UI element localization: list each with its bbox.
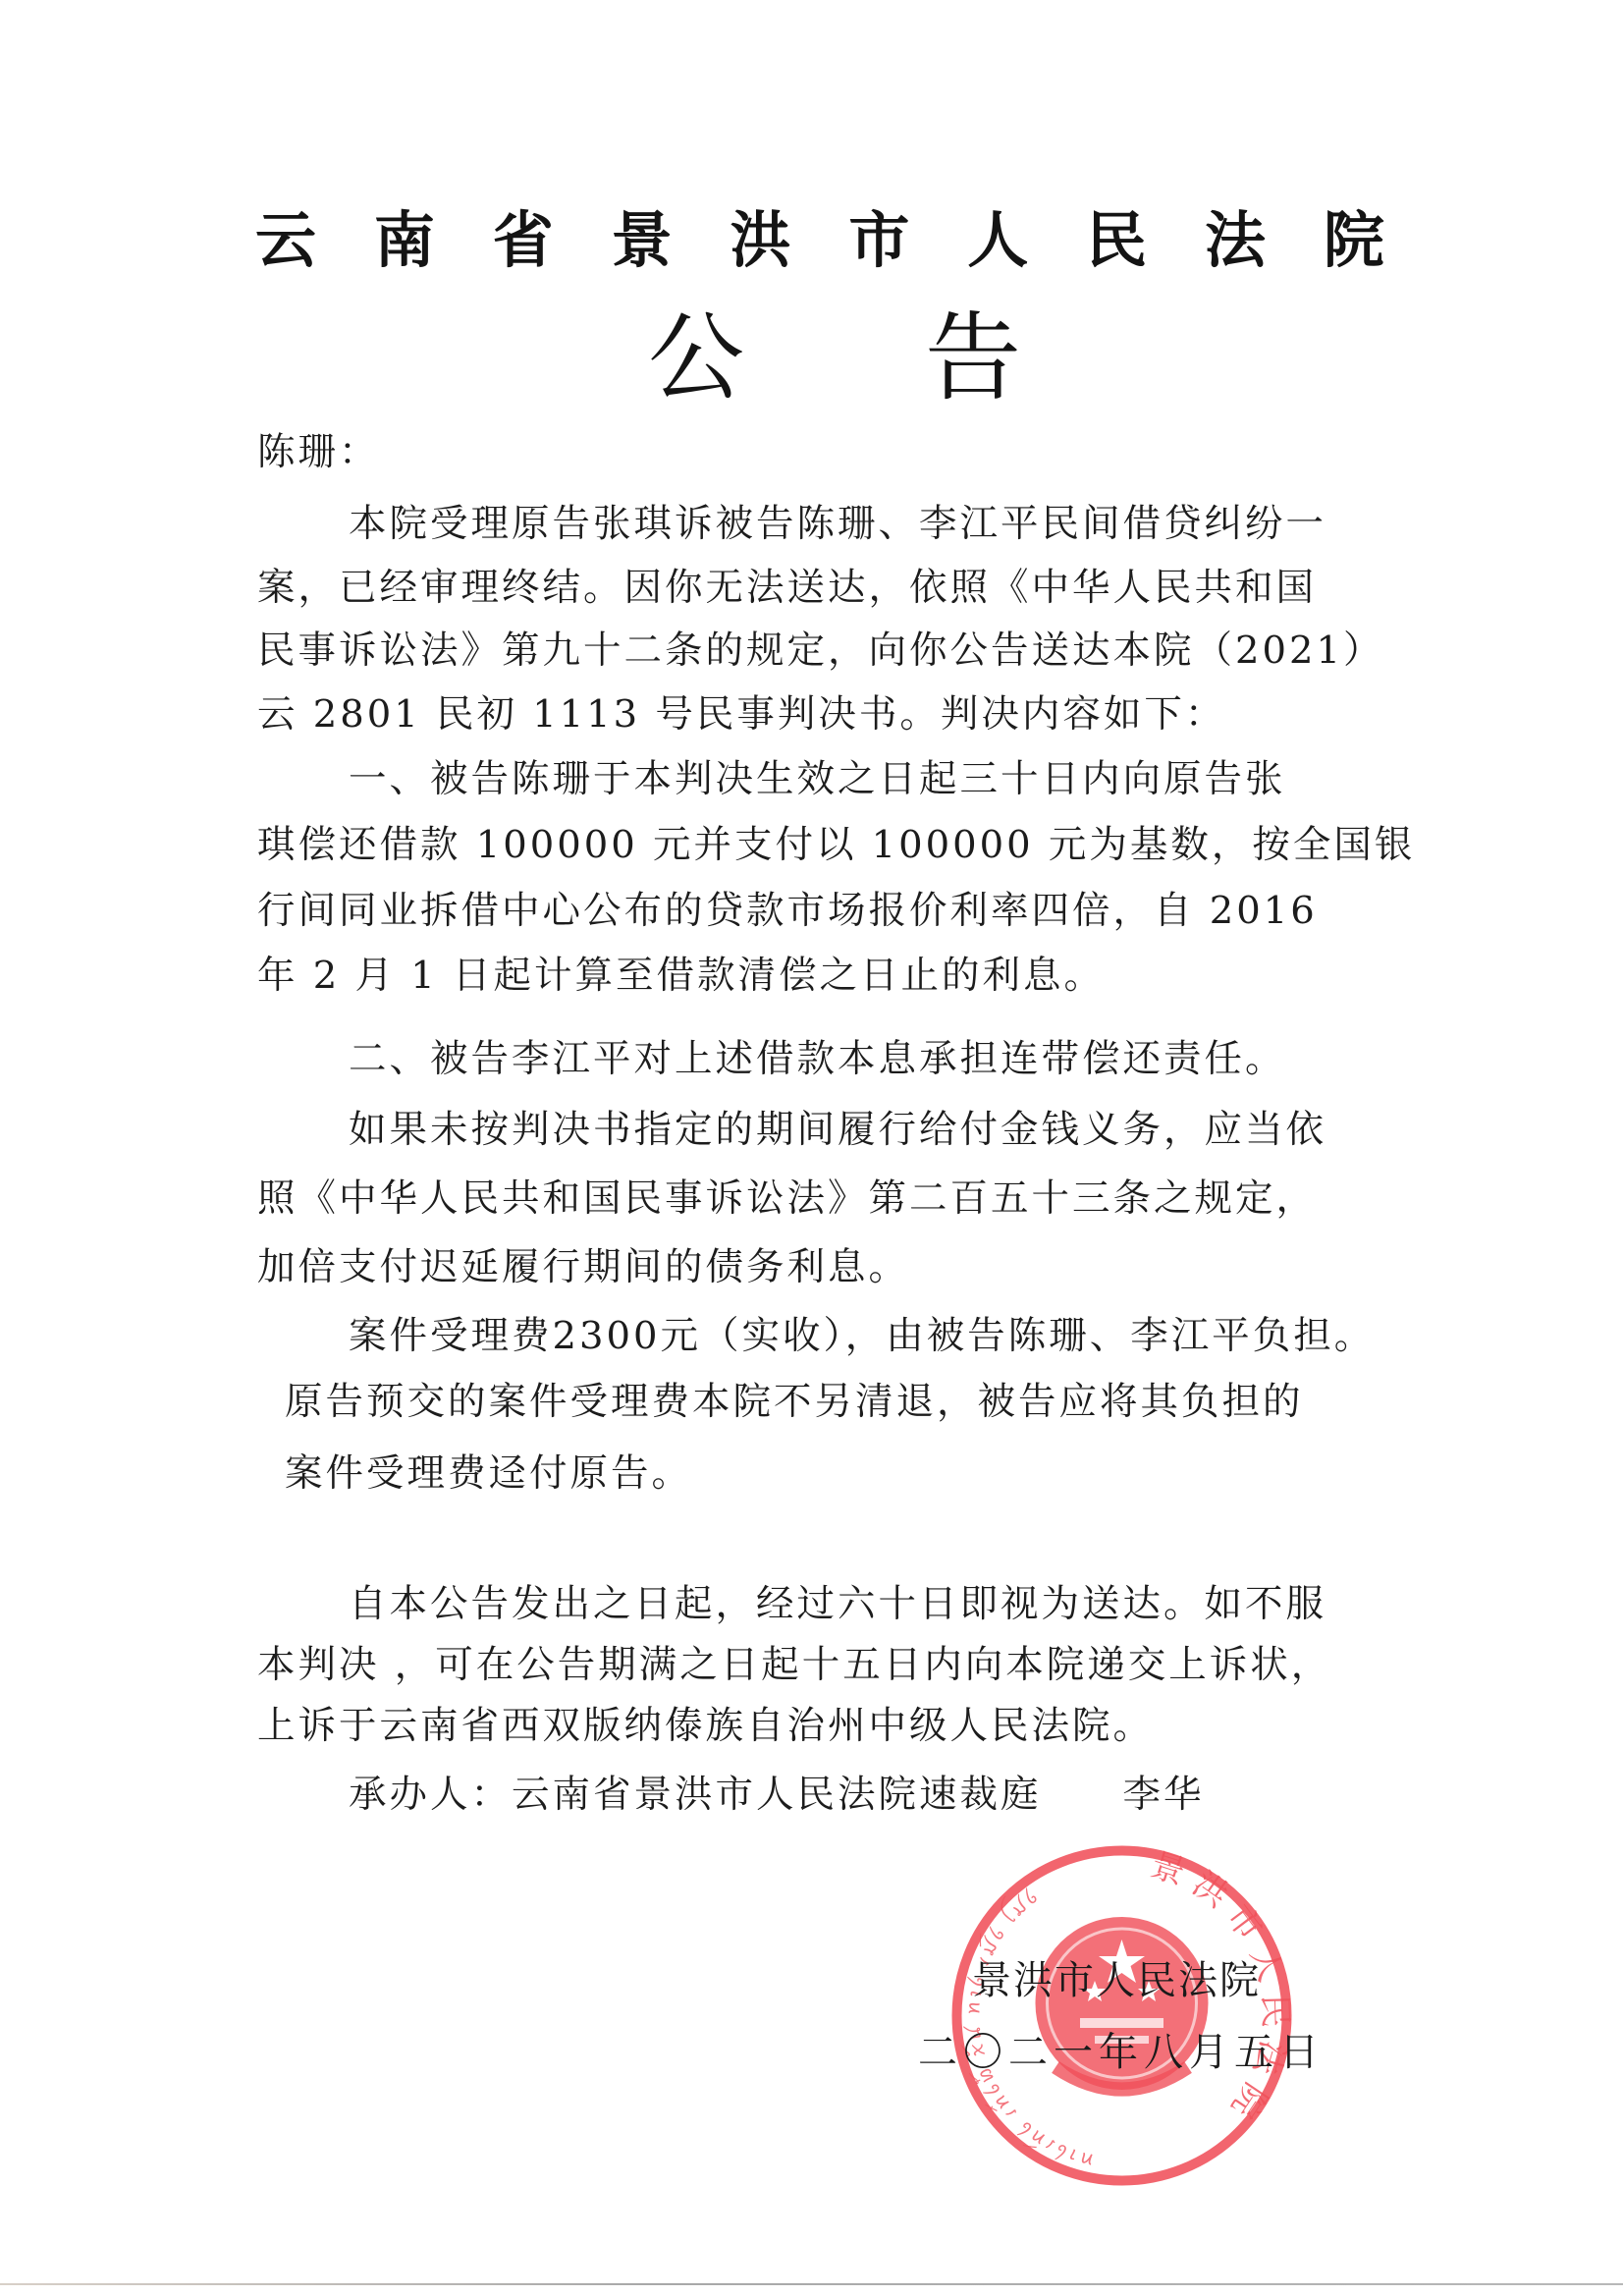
case-handler: 承办人：云南省景洪市人民法院速裁庭 李华 — [349, 1765, 1205, 1819]
court-name-heading: 云 南 省 景 洪 市 人 民 法 院 — [255, 201, 1384, 280]
penalty-line: 照《中华人民共和国民事诉讼法》第二百五十三条之规定， — [257, 1169, 1317, 1223]
court-name-char: 法 — [1205, 201, 1266, 280]
court-name-char: 人 — [967, 201, 1028, 280]
court-name-char: 市 — [848, 201, 909, 280]
document-title-char: 公 — [648, 300, 744, 417]
penalty-line: 如果未按判决书指定的期间履行给付金钱义务，应当依 — [349, 1100, 1326, 1154]
court-name-char: 云 — [255, 201, 316, 280]
court-name-char: 景 — [612, 201, 673, 280]
court-name-char: 院 — [1324, 201, 1384, 280]
court-name-char: 洪 — [730, 201, 791, 280]
judgment-item-1-line: 年 2 月 1 日起计算至借款清偿之日止的利息。 — [257, 946, 1105, 1000]
judgment-item-1-line: 行间同业拆借中心公布的贷款市场报价利率四倍，自 2016 — [257, 881, 1318, 935]
court-name-char: 省 — [493, 201, 554, 280]
court-fee-line: 案件受理费迳付原告。 — [285, 1444, 692, 1498]
document-title-char: 告 — [925, 300, 1021, 417]
scan-edge-divider — [0, 2283, 1623, 2285]
issuing-court: 景洪市人民法院 — [972, 1949, 1261, 2005]
penalty-line: 加倍支付迟延履行期间的债务利息。 — [257, 1237, 909, 1291]
intro-line: 案，已经审理终结。因你无法送达，依照《中华人民共和国 — [257, 558, 1317, 612]
addressee: 陈珊： — [257, 422, 380, 476]
document-title: 公 告 — [648, 300, 1021, 417]
court-fee-line: 原告预交的案件受理费本院不另清退，被告应将其负担的 — [285, 1372, 1304, 1426]
court-fee-line: 案件受理费2300元（实收），由被告陈珊、李江平负担。 — [349, 1306, 1375, 1360]
court-seal-icon: 景 洪 市 人 民 法 院 ꪀꪱꪉꪹꪀꪷꪉ ꪹꪀꪸꪉꪭꪳ ꪎꪰꪙ ꪀꪱꪉ ꪹꪣꪷ… — [947, 1841, 1296, 2190]
court-name-char: 南 — [374, 201, 435, 280]
service-notice-line: 自本公告发出之日起，经过六十日即视为送达。如不服 — [349, 1574, 1326, 1628]
court-name-char: 民 — [1086, 201, 1147, 280]
service-notice-line: 本判决 ，可在公告期满之日起十五日内向本院递交上诉状， — [257, 1635, 1331, 1689]
notice-page: 云 南 省 景 洪 市 人 民 法 院 公 告 陈珊： 本院受理原告张琪诉被告陈… — [0, 0, 1623, 2296]
intro-line: 民事诉讼法》第九十二条的规定，向你公告送达本院（2021） — [257, 621, 1383, 675]
judgment-item-1-line: 琪偿还借款 100000 元并支付以 100000 元为基数，按全国银 — [257, 815, 1415, 869]
judgment-item-2: 二、被告李江平对上述借款本息承担连带偿还责任。 — [349, 1029, 1286, 1083]
judgment-item-1-line: 一、被告陈珊于本判决生效之日起三十日内向原告张 — [349, 749, 1286, 803]
issue-date: 二〇二一年八月五日 — [918, 2021, 1325, 2077]
service-notice-line: 上诉于云南省西双版纳傣族自治州中级人民法院。 — [257, 1696, 1154, 1750]
intro-line: 本院受理原告张琪诉被告陈珊、李江平民间借贷纠纷一 — [349, 494, 1326, 548]
intro-line: 云 2801 民初 1113 号民事判决书。判决内容如下： — [257, 684, 1225, 738]
